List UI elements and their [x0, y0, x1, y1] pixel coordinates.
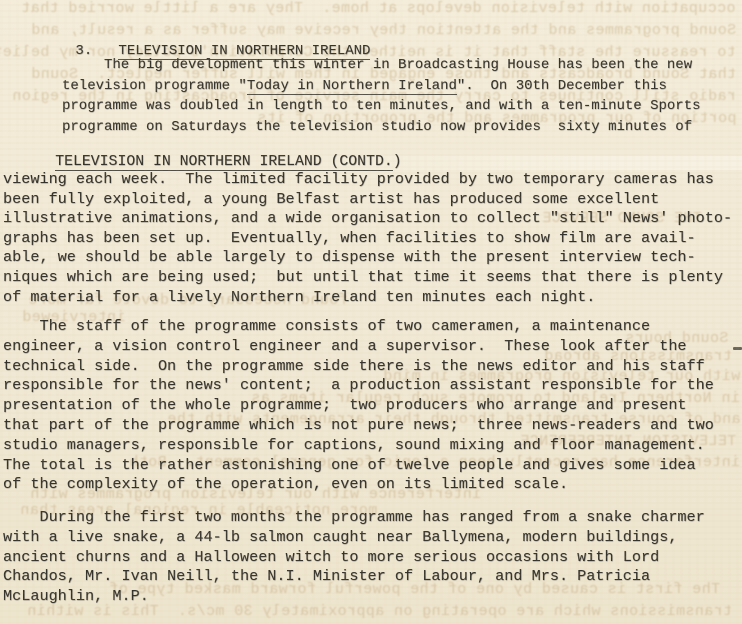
text-line: The staff of the programme consists of t…	[3, 317, 714, 337]
text-line: that part of the programme which is not …	[3, 416, 714, 436]
text-line: responsible for the news' content; a pro…	[3, 376, 714, 396]
text-line: niques which are being used; but until t…	[3, 268, 732, 288]
text-line: Chandos, Mr. Ivan Neill, the N.I. Minist…	[3, 567, 705, 587]
paragraph-viewing: viewing each week. The limited facility …	[3, 170, 732, 307]
edge-mark	[733, 347, 742, 350]
text-line: with a live snake, a 44-lb salmon caught…	[3, 528, 705, 548]
text-line: of material for a lively Northern Irelan…	[3, 288, 732, 308]
paragraph-staff: The staff of the programme consists of t…	[3, 317, 714, 495]
text-line: technical side. On the programme side th…	[3, 357, 714, 377]
text-line: studio managers, responsible for caption…	[3, 436, 714, 456]
text-line: presentation of the whole programme; two…	[3, 396, 714, 416]
text-line: ancient churns and a Halloween witch to …	[3, 548, 705, 568]
paragraph-months: During the first two months the programm…	[3, 508, 705, 607]
text-line: During the first two months the programm…	[3, 508, 705, 528]
text-line: viewing each week. The limited facility …	[3, 170, 732, 190]
text-line: engineer, a vision control engineer and …	[3, 337, 714, 357]
programme-title-underlined: Today in Northern Ireland	[247, 78, 457, 95]
text-line: McLaughlin, M.P.	[3, 587, 705, 607]
text-line: illustrative animations, and a wide orga…	[3, 209, 732, 229]
text-line: of the complexity of the operation, even…	[3, 475, 714, 495]
text-segment: television programme "	[62, 78, 247, 94]
typewritten-text-layer: 3.TELEVISION IN NORTHERN IRELAND The big…	[0, 0, 742, 624]
text-line: been fully exploited, a young Belfast ar…	[3, 190, 732, 210]
paragraph-development: The big development this winter in Broad…	[62, 55, 701, 137]
text-segment: ". On 30th December this	[457, 78, 667, 94]
contd-heading-underlined: TELEVISION IN NORTHERN IRELAND (CONTD.	[55, 154, 392, 171]
contd-heading-tail: )	[393, 154, 402, 170]
text-line: television programme "Today in Northern …	[62, 76, 701, 97]
text-line: The total is the rather astonishing one …	[3, 456, 714, 476]
text-line: able, we should be able largely to dispe…	[3, 248, 732, 268]
text-line: graphs has been set up. Eventually, when…	[3, 229, 732, 249]
document-page: occupation with television develops at h…	[0, 0, 742, 624]
text-line: The big development this winter in Broad…	[62, 55, 701, 76]
text-line: programme was doubled in length to ten m…	[62, 96, 701, 117]
